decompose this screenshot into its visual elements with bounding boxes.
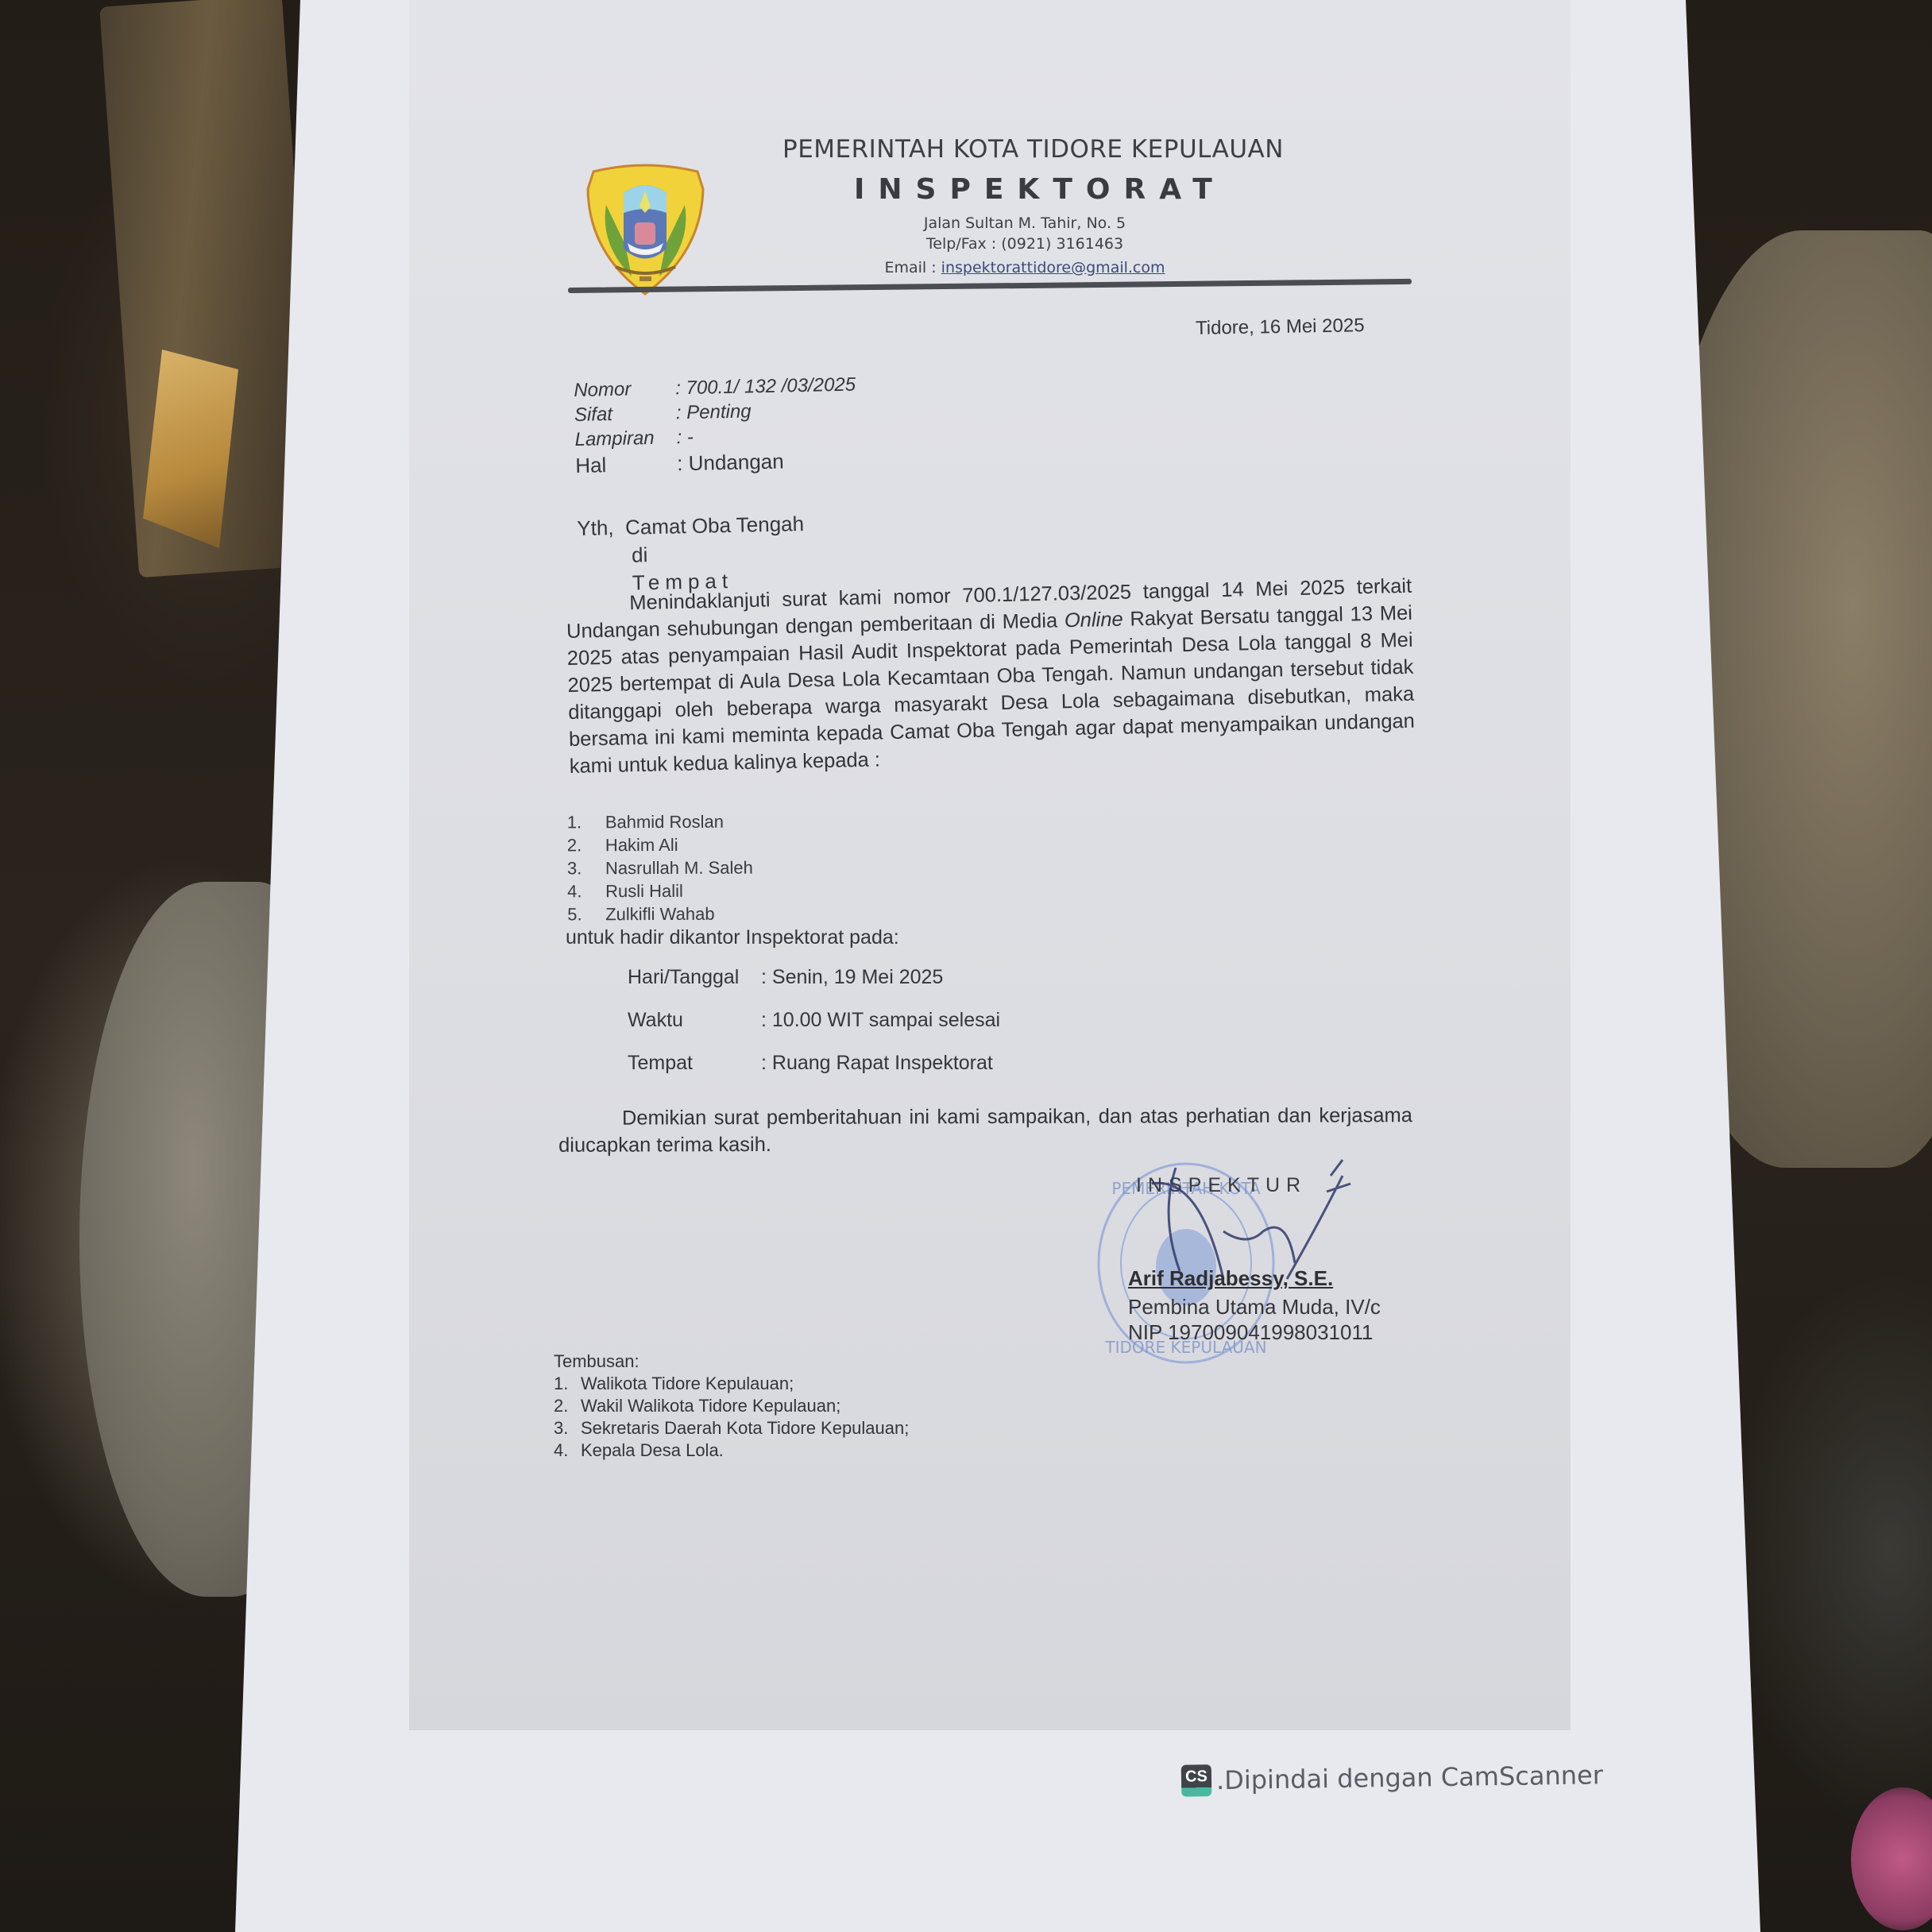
list-number: 3.: [554, 1417, 581, 1439]
schedule-value: : 10.00 WIT sampai selesai: [761, 1009, 1000, 1032]
carbon-copy-list: Tembusan: 1.Walikota Tidore Kepulauan; 2…: [554, 1350, 909, 1462]
schedule-row-date: Hari/Tanggal : Senin, 19 Mei 2025: [628, 966, 1000, 1009]
invitee-name: Nasrullah M. Saleh: [605, 858, 753, 879]
office-email-line: Email : inspektorattidore@gmail.com: [826, 259, 1223, 276]
meta-label: Lampiran: [574, 427, 677, 451]
meta-value: : Penting: [676, 400, 752, 424]
signatory-nip: NIP 197009041998031011: [1128, 1320, 1373, 1345]
list-number: 1.: [554, 1373, 581, 1395]
cc-heading: Tembusan:: [554, 1350, 909, 1373]
list-number: 5.: [567, 902, 605, 925]
signatory-rank: Pembina Utama Muda, IV/c: [1128, 1295, 1381, 1320]
schedule-block: Hari/Tanggal : Senin, 19 Mei 2025 Waktu …: [628, 966, 1000, 1095]
body-paragraph: Menindaklanjuti surat kami nomor 700.1/1…: [566, 573, 1416, 780]
schedule-row-time: Waktu : 10.00 WIT sampai selesai: [628, 1009, 1000, 1052]
email-label: Email :: [884, 259, 941, 276]
list-number: 4.: [567, 879, 605, 902]
list-item: 5.Zulkifli Wahab: [567, 902, 753, 926]
list-number: 2.: [567, 833, 605, 856]
email-link[interactable]: inspektorattidore@gmail.com: [941, 259, 1165, 276]
salutation: Yth,: [577, 516, 614, 540]
recipient-di: di: [578, 538, 805, 570]
camscanner-text: .Dipindai dengan CamScanner: [1216, 1760, 1603, 1795]
government-name: PEMERINTAH KOTA TIDORE KEPULAUAN: [782, 135, 1315, 164]
meta-value: : 700.1/ 132 /03/2025: [675, 374, 856, 400]
list-item: 1.Bahmid Roslan: [567, 810, 753, 834]
camscanner-watermark: CS .Dipindai dengan CamScanner: [1181, 1759, 1603, 1796]
invitee-name: Rusli Halil: [605, 881, 683, 901]
list-number: 2.: [554, 1395, 581, 1417]
list-item: 3.Nasrullah M. Saleh: [567, 856, 753, 880]
list-item: 2.Hakim Ali: [567, 833, 753, 857]
meta-label: Sifat: [574, 402, 677, 427]
list-item: 2.Wakil Walikota Tidore Kepulauan;: [554, 1395, 909, 1417]
list-item: 1.Walikota Tidore Kepulauan;: [554, 1373, 909, 1395]
recipient-block: Yth, Camat Oba Tengah di Tempat: [577, 510, 806, 598]
body-text-italic: Online: [1065, 609, 1123, 632]
office-phone: Telp/Fax : (0921) 3161463: [826, 235, 1223, 253]
schedule-label: Hari/Tanggal: [628, 966, 761, 989]
attend-instruction: untuk hadir dikantor Inspektorat pada:: [566, 926, 899, 949]
schedule-row-place: Tempat : Ruang Rapat Inspektorat: [628, 1052, 1000, 1095]
camscanner-logo-icon: CS: [1181, 1764, 1212, 1797]
meta-value: : Undangan: [677, 449, 784, 476]
list-number: 1.: [567, 810, 605, 833]
list-item: 4.Rusli Halil: [567, 879, 753, 903]
meta-value: : -: [676, 427, 694, 449]
office-address: Jalan Sultan M. Tahir, No. 5: [826, 214, 1223, 232]
cc-recipient: Wakil Walikota Tidore Kepulauan;: [581, 1396, 840, 1416]
closing-paragraph: Demikian surat pemberitahuan ini kami sa…: [558, 1102, 1412, 1159]
department-name: INSPEKTORAT: [854, 173, 1226, 206]
recipient-line: Yth, Camat Oba Tengah: [577, 510, 804, 543]
schedule-value: : Ruang Rapat Inspektorat: [761, 1052, 993, 1075]
signatory-name: Arif Radjabessy, S.E.: [1128, 1266, 1333, 1291]
list-number: 3.: [567, 856, 605, 879]
cc-recipient: Sekretaris Daerah Kota Tidore Kepulauan;: [581, 1418, 909, 1438]
invitee-name: Bahmid Roslan: [605, 812, 724, 833]
invitee-name: Hakim Ali: [605, 835, 678, 855]
schedule-value: : Senin, 19 Mei 2025: [761, 966, 943, 989]
list-number: 4.: [554, 1439, 581, 1462]
schedule-label: Waktu: [628, 1009, 761, 1032]
recipient-name: Camat Oba Tengah: [625, 512, 805, 539]
letter-date: Tidore, 16 Mei 2025: [1196, 315, 1365, 340]
meta-label: Nomor: [574, 377, 676, 402]
cc-recipient: Kepala Desa Lola.: [581, 1440, 724, 1460]
meta-label: Hal: [575, 451, 678, 478]
list-item: 3.Sekretaris Daerah Kota Tidore Kepulaua…: [554, 1417, 909, 1439]
letter-meta: Nomor : 700.1/ 132 /03/2025 Sifat : Pent…: [574, 374, 857, 478]
schedule-label: Tempat: [628, 1052, 761, 1075]
invitee-name: Zulkifli Wahab: [605, 904, 714, 924]
city-coat-of-arms-icon: [584, 157, 707, 296]
invitee-list: 1.Bahmid Roslan 2.Hakim Ali 3.Nasrullah …: [567, 810, 753, 926]
cc-recipient: Walikota Tidore Kepulauan;: [581, 1374, 794, 1393]
list-item: 4.Kepala Desa Lola.: [554, 1439, 909, 1462]
